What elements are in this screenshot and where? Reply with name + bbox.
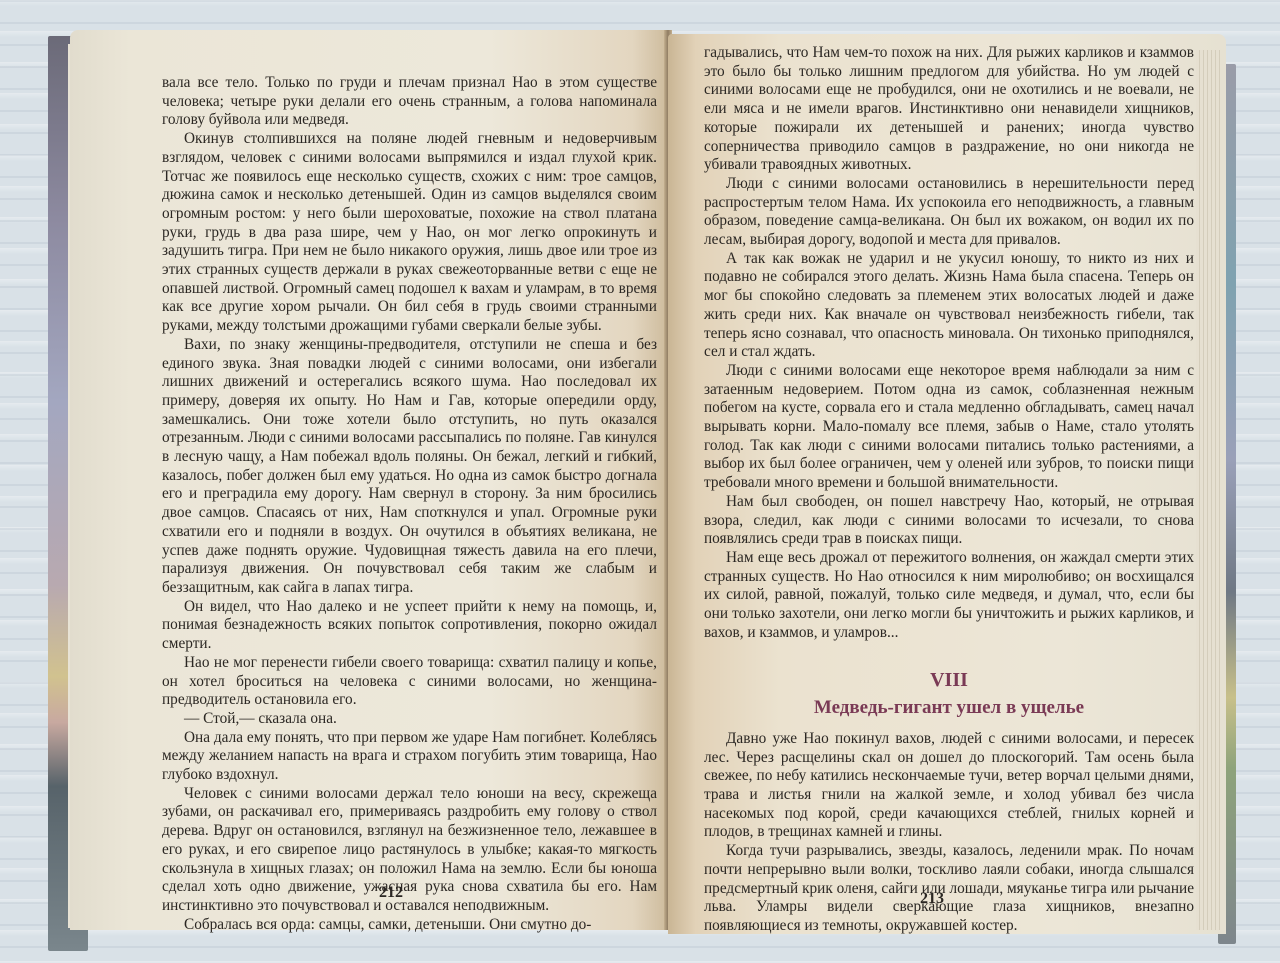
paragraph: А так как вожак не ударил и не укусил юн… xyxy=(704,250,1194,362)
paragraph: Когда тучи разрывались, звезды, казалось… xyxy=(704,842,1194,936)
paragraph: Окинув столпившихся на поляне людей гнев… xyxy=(162,130,657,336)
paragraph: Давно уже Нао покинул вахов, людей с син… xyxy=(704,730,1194,842)
paragraph: Нао не мог перенести гибели своего товар… xyxy=(162,654,657,710)
dialogue-line: — Стой,— сказала она. xyxy=(162,710,657,729)
paragraph: Она дала ему понять, что при первом же у… xyxy=(162,729,657,785)
chapter-title: Медведь-гигант ушел в ущелье xyxy=(704,699,1194,718)
chapter-number: VIII xyxy=(704,671,1194,690)
page-number: 213 xyxy=(668,890,1226,908)
page-stack-right xyxy=(1196,50,1220,930)
left-page-text: вала все тело. Только по груди и плечам … xyxy=(162,74,657,934)
paragraph: Он видел, что Нао далеко и не успеет при… xyxy=(162,598,657,654)
paragraph: Нам был свободен, он пошел навстречу Нао… xyxy=(704,493,1194,549)
right-page-text: гадывались, что Нам чем-то похож на них.… xyxy=(704,44,1194,936)
left-page: вала все тело. Только по груди и плечам … xyxy=(70,30,668,930)
paragraph: Люди с синими волосами еще некоторое вре… xyxy=(704,362,1194,493)
page-number: 212 xyxy=(70,884,668,902)
paragraph: Люди с синими волосами остановились в не… xyxy=(704,175,1194,250)
paragraph: вала все тело. Только по груди и плечам … xyxy=(162,74,657,130)
paragraph: Собралась вся орда: самцы, самки, детены… xyxy=(162,916,657,935)
paragraph: Нам еще весь дрожал от пережитого волнен… xyxy=(704,549,1194,643)
right-page: гадывались, что Нам чем-то похож на них.… xyxy=(668,34,1226,934)
paragraph: Вахи, по знаку женщины-предводителя, отс… xyxy=(162,336,657,598)
paragraph: гадывались, что Нам чем-то похож на них.… xyxy=(704,44,1194,175)
